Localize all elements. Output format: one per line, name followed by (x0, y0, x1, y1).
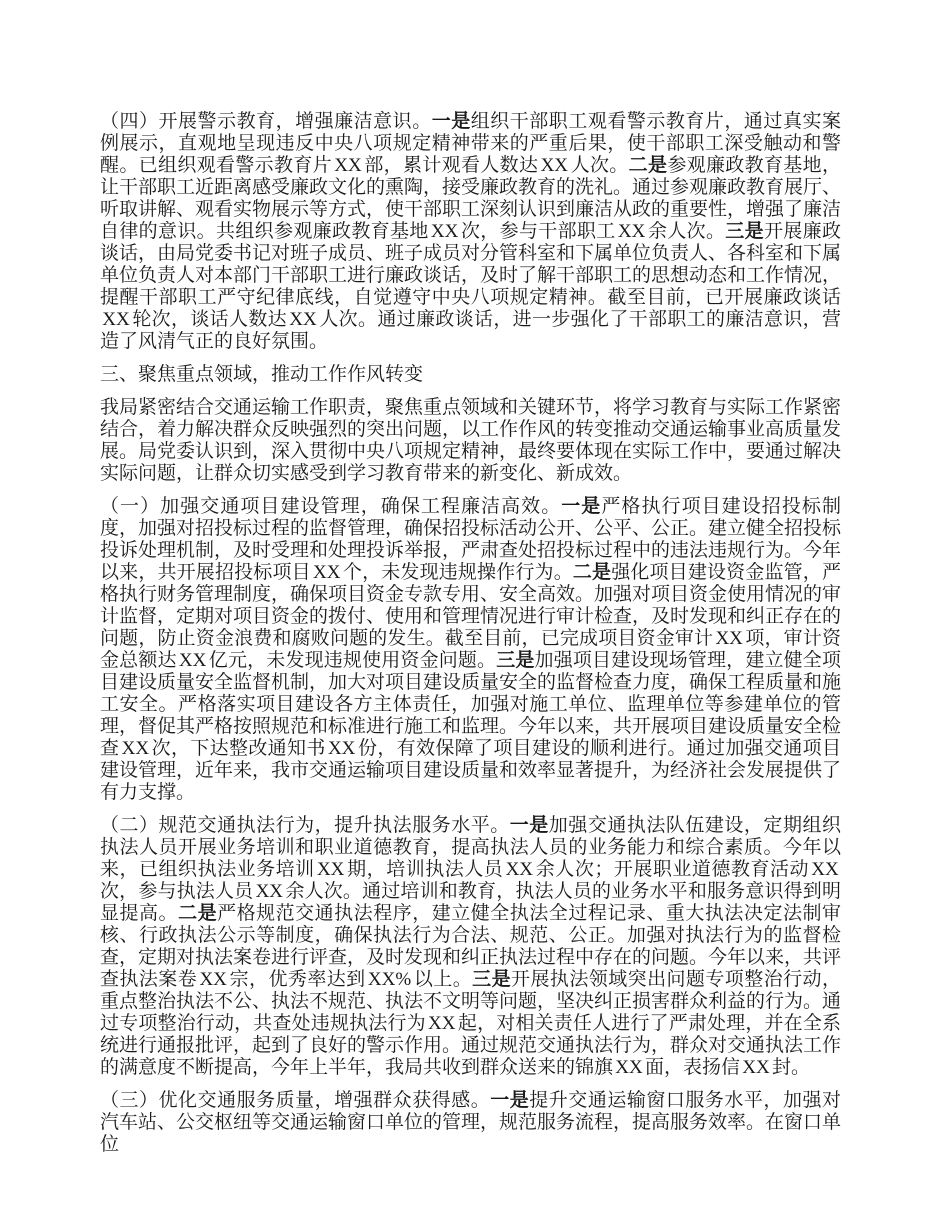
text-run: （三）优化交通服务质量，增强群众获得感。 (100, 1090, 490, 1111)
placeholder-value: XX (431, 221, 458, 242)
placeholder-value: XX (811, 859, 838, 880)
placeholder-value: XX (289, 309, 316, 330)
placeholder-value: XX (428, 1013, 455, 1034)
text-run: 次，参与干部职工 (461, 221, 616, 242)
text-run: 宗，优秀率达到 (229, 969, 365, 990)
text-run: 二是 (573, 562, 611, 583)
heading-section-three: 三、聚焦重点领域，推动工作作风转变 (100, 364, 841, 386)
text-run: 轮次，谈话人数达 (132, 309, 287, 330)
text-run: 三是 (496, 650, 534, 671)
para-project-construction-management: （一）加强交通项目建设管理，确保工程廉洁高效。一是严格执行项目建设招投标制度，加… (100, 496, 841, 804)
para-service-quality: （三）优化交通服务质量，增强群众获得感。一是提升交通运输窗口服务水平，加强对汽车… (100, 1090, 841, 1156)
text-run: 部，累计观看人数达 (364, 155, 538, 176)
para-law-enforcement: （二）规范交通执法行为，提升执法服务水平。一是加强交通执法队伍建设，定期组织执法… (100, 815, 841, 1079)
text-run: 一是 (432, 111, 471, 132)
placeholder-value: XX% (368, 969, 411, 990)
placeholder-value: XX (199, 969, 226, 990)
para-warning-education: （四）开展警示教育，增强廉洁意识。一是组织干部职工观看警示教育片，通过真实案例展… (100, 111, 841, 353)
placeholder-value: XX (179, 650, 206, 671)
text-run: 个，未发现违规操作行为。 (343, 562, 573, 583)
text-run: 以上。 (413, 969, 472, 990)
text-run: 次，参与执法人员 (100, 881, 253, 902)
placeholder-value: XX (541, 155, 568, 176)
placeholder-value: XX (334, 155, 361, 176)
text-run: （四）开展警示教育，增强廉洁意识。 (100, 111, 432, 132)
text-run: 人次。 (570, 155, 628, 176)
placeholder-value: XX (313, 562, 340, 583)
placeholder-value: XX (317, 859, 344, 880)
text-run: 一是 (510, 815, 549, 836)
text-run: （二）规范交通执法行为，提升执法服务水平。 (100, 815, 510, 836)
text-run: 一是 (490, 1090, 529, 1111)
text-run: 面，表扬信 (645, 1057, 740, 1078)
text-run: 亿元，未发现违规使用资金问题。 (209, 650, 497, 671)
text-run: 三、聚焦重点领域，推动工作作风转变 (100, 364, 423, 385)
text-run: 三是 (725, 221, 764, 242)
document-body: （四）开展警示教育，增强廉洁意识。一是组织干部职工观看警示教育片，通过真实案例展… (100, 111, 841, 1167)
placeholder-value: XX (506, 859, 533, 880)
text-run: 三是 (472, 969, 511, 990)
text-run: 二是 (629, 155, 668, 176)
placeholder-value: XX (102, 309, 129, 330)
text-run: 一是 (561, 496, 601, 517)
placeholder-value: XX (122, 738, 149, 759)
text-run: 我局紧密结合交通运输工作职责，聚焦重点领域和关键环节，将学习教育与实际工作紧密结… (100, 397, 841, 484)
placeholder-value: XX (328, 738, 355, 759)
placeholder-value: XX (615, 1057, 642, 1078)
text-run: 余人次。 (648, 221, 726, 242)
placeholder-value: XX (742, 1057, 769, 1078)
placeholder-value: XX (715, 628, 742, 649)
text-run: 余人次；开展职业道德教育活动 (535, 859, 809, 880)
placeholder-value: XX (256, 881, 283, 902)
text-run: 二是 (178, 903, 217, 924)
text-run: （一）加强交通项目建设管理，确保工程廉洁高效。 (100, 496, 561, 517)
placeholder-value: XX (618, 221, 645, 242)
para-section-three-intro: 我局紧密结合交通运输工作职责，聚焦重点领域和关键环节，将学习教育与实际工作紧密结… (100, 397, 841, 485)
text-run: 期，培训执法人员 (347, 859, 504, 880)
text-run: 次，下达整改通知书 (151, 738, 325, 759)
text-run: 封。 (772, 1057, 810, 1078)
